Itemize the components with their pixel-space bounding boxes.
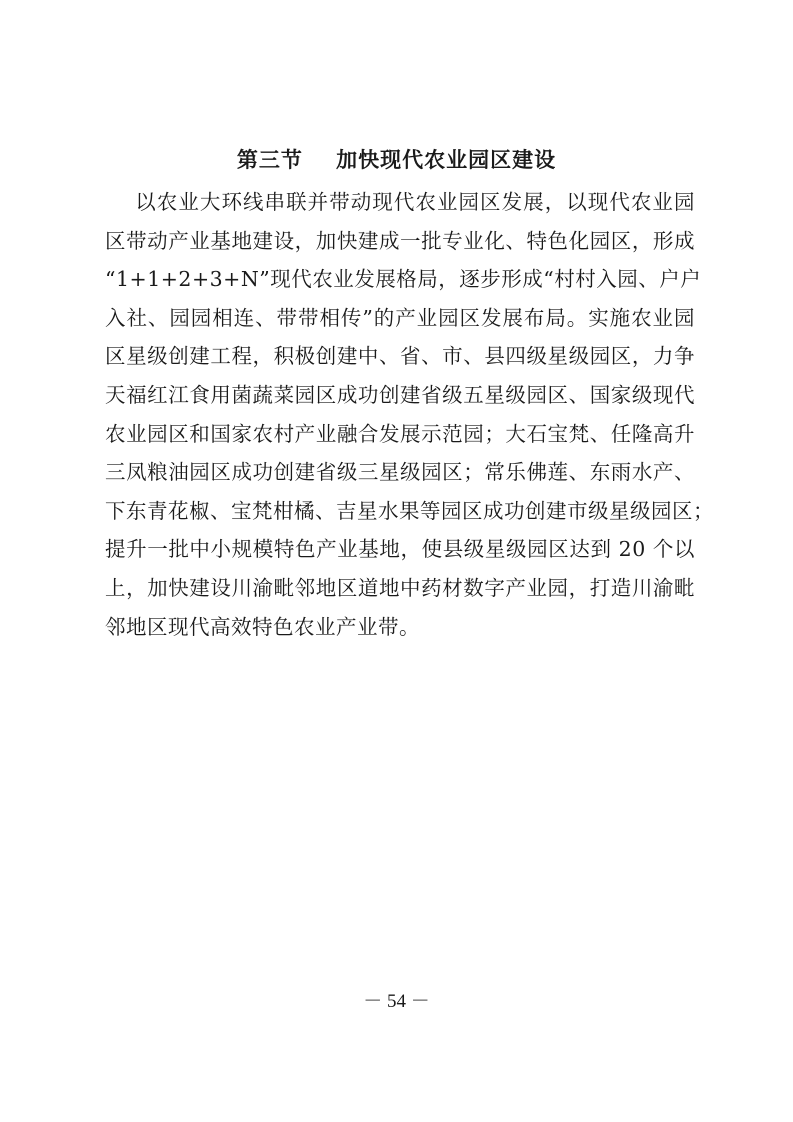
section-title: 第三节 加快现代农业园区建设: [0, 146, 793, 174]
paragraph-line: 提升一批中小规模特色产业基地，使县级星级园区达到 20 个以: [105, 530, 695, 569]
paragraph-line: 入社、园园相连、带带相传”的产业园区发展布局。实施农业园: [105, 299, 695, 338]
body-paragraph: 以农业大环线串联并带动现代农业园区发展，以现代农业园 区带动产业基地建设，加快建…: [105, 183, 695, 646]
page-number: － 54 －: [0, 990, 793, 1014]
document-page: 第三节 加快现代农业园区建设 以农业大环线串联并带动现代农业园区发展，以现代农业…: [0, 0, 793, 1122]
paragraph-line: 农业园区和国家农村产业融合发展示范园；大石宝梵、任隆高升: [105, 415, 695, 454]
paragraph-line: 天福红江食用菌蔬菜园区成功创建省级五星级园区、国家级现代: [105, 376, 695, 415]
paragraph-line: 区带动产业基地建设，加快建成一批专业化、特色化园区，形成: [105, 222, 695, 261]
paragraph-line: 以农业大环线串联并带动现代农业园区发展，以现代农业园: [105, 183, 695, 222]
paragraph-line: 区星级创建工程，积极创建中、省、市、县四级星级园区，力争: [105, 337, 695, 376]
paragraph-line: 下东青花椒、宝梵柑橘、吉星水果等园区成功创建市级星级园区；: [105, 492, 695, 531]
paragraph-line: 三凤粮油园区成功创建省级三星级园区；常乐佛莲、东雨水产、: [105, 453, 695, 492]
paragraph-line: “1+1+2+3+N”现代农业发展格局，逐步形成“村村入园、户户: [105, 260, 695, 299]
paragraph-line: 邻地区现代高效特色农业产业带。: [105, 608, 695, 647]
paragraph-line: 上，加快建设川渝毗邻地区道地中药材数字产业园，打造川渝毗: [105, 569, 695, 608]
